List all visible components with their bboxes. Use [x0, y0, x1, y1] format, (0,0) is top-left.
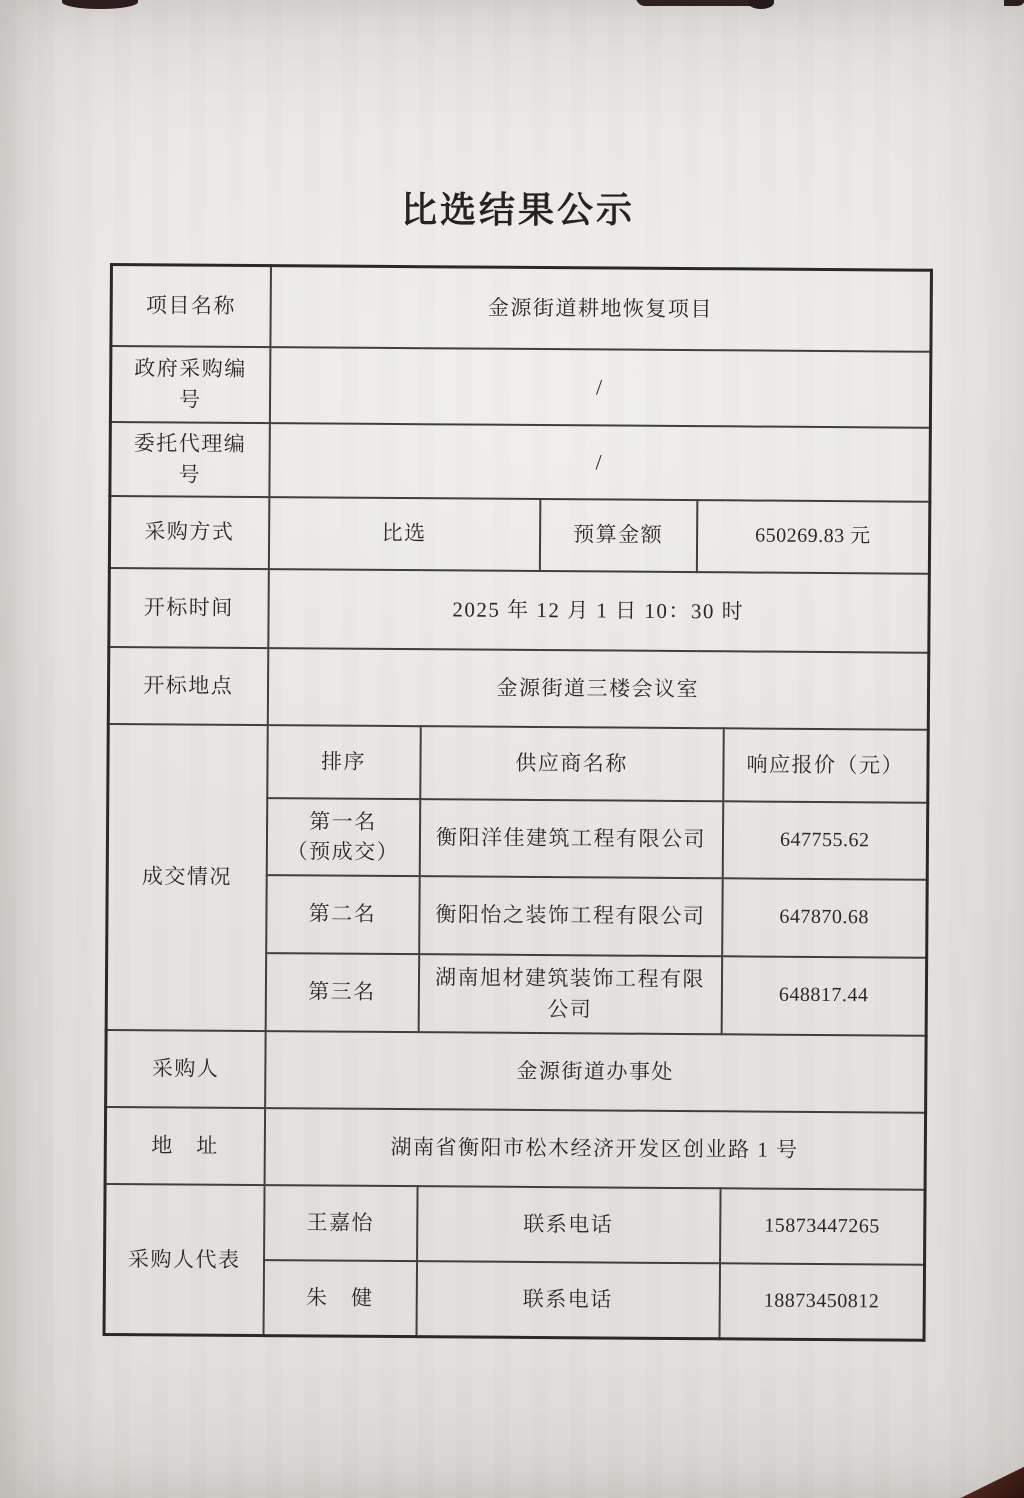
row-address: 地 址 湖南省衡阳市松木经济开发区创业路 1 号	[105, 1106, 926, 1189]
row-gov-procurement-no: 政府采购编号 /	[110, 346, 931, 428]
deal-header-supplier: 供应商名称	[420, 726, 724, 801]
purchaser-value: 金源街道办事处	[265, 1031, 927, 1113]
row-purchaser: 采购人 金源街道办事处	[106, 1029, 927, 1112]
agency-no-label: 委托代理编号	[110, 422, 270, 497]
deal-info-label: 成交情况	[106, 723, 267, 1030]
deal-second-supplier: 衡阳怡之装饰工程有限公司	[419, 876, 723, 956]
deal-first-supplier: 衡阳洋佳建筑工程有限公司	[419, 799, 723, 878]
address-value: 湖南省衡阳市松木经济开发区创业路 1 号	[264, 1108, 926, 1190]
budget-label: 预算金额	[539, 499, 696, 572]
photo-edge-artifact-top-left	[62, 0, 138, 9]
deal-second-price: 647870.68	[722, 878, 928, 957]
agency-no-value: /	[269, 423, 931, 502]
rep-1-phone: 15873447265	[720, 1188, 926, 1264]
address-label: 地 址	[105, 1106, 265, 1184]
deal-first-price: 647755.62	[722, 801, 928, 879]
procurement-method-label: 采购方式	[109, 496, 268, 569]
deal-second-rank: 第二名	[266, 875, 420, 954]
deal-third-supplier: 湖南旭材建筑装饰工程有限公司	[418, 954, 722, 1034]
row-bid-open-place: 开标地点 金源街道三楼会议室	[108, 647, 929, 730]
gov-procurement-no-label: 政府采购编号	[110, 346, 270, 423]
row-rep-1: 采购人代表 王嘉怡 联系电话 15873447265	[105, 1183, 926, 1264]
budget-value: 650269.83 元	[696, 500, 930, 574]
bid-open-time-label: 开标时间	[109, 568, 269, 648]
rep-2-name: 朱 健	[263, 1260, 417, 1337]
gov-procurement-no-value: /	[269, 347, 931, 428]
deal-third-rank: 第三名	[265, 953, 419, 1032]
deal-first-rank: 第一名 （预成交）	[266, 798, 420, 876]
purchaser-label: 采购人	[106, 1029, 266, 1107]
rep-2-phone: 18873450812	[719, 1263, 925, 1340]
rep-1-name: 王嘉怡	[264, 1185, 418, 1261]
bid-open-place-value: 金源街道三楼会议室	[267, 648, 929, 730]
row-bid-open-time: 开标时间 2025 年 12 月 1 日 10：30 时	[109, 568, 930, 653]
procurement-method-value: 比选	[268, 497, 539, 571]
row-agency-no: 委托代理编号 /	[110, 422, 931, 502]
document-page: 比选结果公示 项目名称 金源街道耕地恢复项目 政府采购编号 / 委托代理编号 /…	[0, 0, 1024, 1498]
page-title: 比选结果公示	[0, 182, 1024, 233]
rep-2-phone-label: 联系电话	[416, 1261, 720, 1339]
deal-header-price: 响应报价（元）	[723, 728, 929, 802]
bid-open-place-label: 开标地点	[108, 647, 268, 725]
bid-open-time-value: 2025 年 12 月 1 日 10：30 时	[268, 569, 930, 653]
photo-edge-artifact-top-middle	[636, 0, 758, 6]
row-deal-header: 成交情况 排序 供应商名称 响应报价（元）	[108, 723, 929, 802]
row-procurement-method: 采购方式 比选 预算金额 650269.83 元	[109, 496, 929, 574]
result-table: 项目名称 金源街道耕地恢复项目 政府采购编号 / 委托代理编号 / 采购方式 比…	[103, 263, 933, 1342]
photo-edge-artifact-top-right	[1004, 0, 1024, 6]
photo-edge-artifact-top-middle-blob	[748, 0, 774, 9]
rep-1-phone-label: 联系电话	[417, 1186, 721, 1263]
deal-header-rank: 排序	[267, 725, 421, 799]
purchaser-rep-label: 采购人代表	[104, 1183, 264, 1335]
photo-desk-corner-artifact	[952, 1460, 1024, 1498]
project-name-value: 金源街道耕地恢复项目	[270, 266, 932, 352]
project-name-label: 项目名称	[111, 265, 271, 347]
deal-third-price: 648817.44	[721, 956, 927, 1035]
row-project-name: 项目名称 金源街道耕地恢复项目	[111, 265, 932, 352]
